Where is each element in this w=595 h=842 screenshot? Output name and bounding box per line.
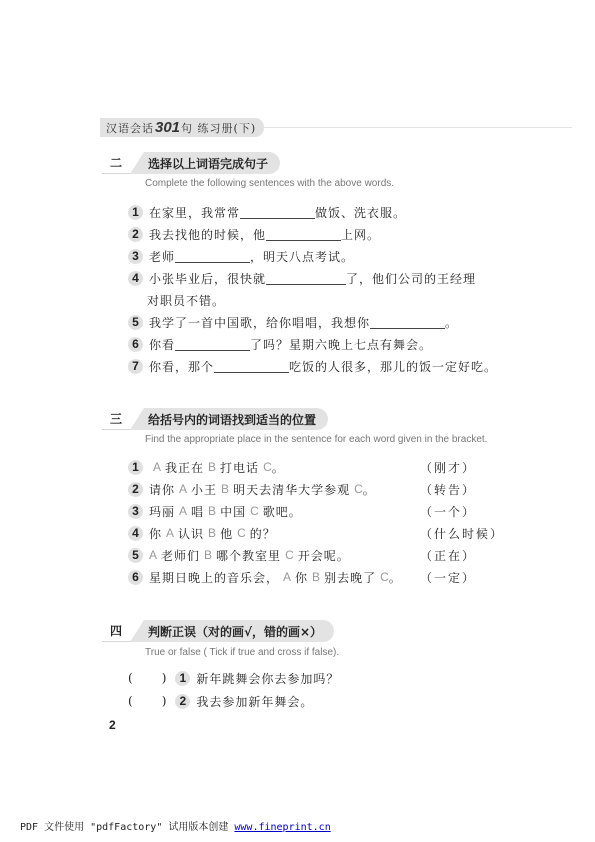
section-title: 选择以上词语完成句子	[130, 152, 280, 174]
watermark-text: PDF 文件使用 "pdfFactory" 试用版本创建	[20, 822, 234, 833]
item-text: 我学了一首中国歌，给你唱唱，我想你	[149, 314, 370, 331]
item-number-badge: 3	[128, 249, 143, 264]
item-text: 我正在	[165, 459, 204, 476]
section-3-subtitle: Find the appropriate place in the senten…	[145, 434, 487, 445]
answer-paren-open: (	[128, 694, 134, 708]
exercise-item: 6 你看 了吗？星期六晚上七点有舞会。	[128, 335, 432, 353]
item-continuation: 对职员不错。	[147, 291, 225, 309]
true-false-item: ( ) 1 新年跳舞会你去参加吗？	[128, 669, 339, 687]
word-hint: （一定）	[420, 569, 476, 586]
watermark-link[interactable]: www.fineprint.cn	[234, 822, 330, 833]
item-text: 歌吧。	[263, 503, 302, 520]
header-title-prefix: 汉语会话	[106, 120, 154, 136]
item-text: 我去找他的时候，他	[149, 226, 266, 243]
header-rule	[262, 127, 572, 128]
word-hint: （一个）	[420, 503, 476, 520]
position-marker: A	[166, 526, 174, 540]
exercise-item: 3 玛丽 A 唱 B 中国 C 歌吧。 （一个）	[128, 502, 498, 520]
item-text: 。	[445, 314, 458, 331]
position-marker: C	[250, 504, 259, 518]
exercise-item: 4 小张毕业后，很快就 了，他们公司的王经理	[128, 269, 476, 287]
item-text: 星期日晚上的音乐会，	[149, 569, 279, 586]
item-number-badge: 1	[128, 205, 143, 220]
section-numeral: 三	[110, 410, 122, 427]
position-marker: C	[285, 548, 294, 562]
header-title-number: 301	[155, 119, 180, 136]
item-text: 你看	[149, 336, 175, 353]
item-number-badge: 3	[128, 504, 143, 519]
answer-blank[interactable]	[266, 272, 346, 285]
exercise-item: 4 你 A 认识 B 他 C 的？ （什么时候）	[128, 524, 498, 542]
exercise-item: 2 请你 A 小王 B 明天去清华大学参观 C 。 （转告）	[128, 480, 498, 498]
exercise-item: 5 我学了一首中国歌，给你唱唱，我想你 。	[128, 313, 458, 331]
word-hint: （刚才）	[420, 459, 476, 476]
item-text: 吃饭的人很多，那儿的饭一定好吃。	[289, 358, 497, 375]
position-marker: B	[221, 482, 229, 496]
item-text: 哪个教室里	[216, 547, 281, 564]
item-text: 。	[363, 481, 376, 498]
item-number-badge: 4	[128, 271, 143, 286]
true-false-item: ( ) 2 我去参加新年舞会。	[128, 692, 313, 710]
answer-paren-open: (	[128, 671, 134, 685]
page-number: 2	[109, 718, 116, 732]
running-header: 汉语会话 301 句 练习册(下)	[100, 118, 264, 137]
item-text: 。	[272, 459, 285, 476]
answer-paren-close: )	[162, 671, 168, 685]
item-text: 他	[220, 525, 233, 542]
section-numeral: 二	[110, 154, 122, 171]
position-marker: C	[380, 570, 389, 584]
item-text: 。	[389, 569, 402, 586]
item-number-badge: 1	[175, 671, 190, 686]
item-text: 你	[149, 525, 162, 542]
item-number-badge: 5	[128, 548, 143, 563]
item-text: 新年跳舞会你去参加吗？	[196, 670, 339, 687]
answer-blank[interactable]	[175, 338, 250, 351]
position-marker: A	[149, 548, 157, 562]
item-number-badge: 2	[128, 227, 143, 242]
position-marker: C	[263, 460, 272, 474]
answer-blank[interactable]	[266, 228, 341, 241]
position-marker: A	[179, 482, 187, 496]
item-text: ，明天八点考试。	[250, 248, 354, 265]
item-number-badge: 7	[128, 359, 143, 374]
position-marker: C	[354, 482, 363, 496]
item-number-badge: 1	[128, 460, 143, 475]
item-text: 开会呢。	[298, 547, 350, 564]
item-text: 别去晚了	[324, 569, 376, 586]
section-2-header: 二 选择以上词语完成句子	[102, 152, 362, 174]
item-text: 请你	[149, 481, 175, 498]
word-hint: （转告）	[420, 481, 476, 498]
item-text: 了吗？星期六晚上七点有舞会。	[250, 336, 432, 353]
position-marker: B	[204, 548, 212, 562]
header-title-suffix: 句 练习册(下)	[181, 120, 256, 136]
position-marker: A	[153, 460, 161, 474]
exercise-item: 6 星期日晚上的音乐会， A 你 B 别去晚了 C 。 （一定）	[128, 568, 498, 586]
section-numeral: 四	[110, 622, 122, 639]
item-text: 明天去清华大学参观	[233, 481, 350, 498]
item-text: 我去参加新年舞会。	[196, 693, 313, 710]
item-text: 的？	[250, 525, 276, 542]
item-text: 你看，那个	[149, 358, 214, 375]
item-text: 打电话	[220, 459, 259, 476]
position-marker: B	[312, 570, 320, 584]
position-marker: A	[179, 504, 187, 518]
item-number-badge: 4	[128, 526, 143, 541]
item-number-badge: 5	[128, 315, 143, 330]
item-text: 小王	[191, 481, 217, 498]
item-text: 在家里，我常常	[149, 204, 240, 221]
item-text: 老师	[149, 248, 175, 265]
section-3-header: 三 给括号内的词语找到适当的位置	[102, 408, 362, 430]
section-title: 给括号内的词语找到适当的位置	[130, 408, 328, 430]
item-text: 做饭、洗衣服。	[315, 204, 406, 221]
exercise-item: 3 老师 ，明天八点考试。	[128, 247, 354, 265]
exercise-item: 1 A 我正在 B 打电话 C 。 （刚才）	[128, 458, 498, 476]
exercise-item: 2 我去找他的时候，他 上网。	[128, 225, 380, 243]
item-text: 小张毕业后，很快就	[149, 270, 266, 287]
item-number-badge: 2	[128, 482, 143, 497]
position-marker: B	[208, 526, 216, 540]
answer-blank[interactable]	[175, 250, 250, 263]
word-hint: （正在）	[420, 547, 476, 564]
item-text: 老师们	[161, 547, 200, 564]
section-title: 判断正误（对的画√，错的画×）	[130, 620, 334, 642]
position-marker: B	[208, 460, 216, 474]
item-text: 中国	[220, 503, 246, 520]
section-4-subtitle: True or false ( Tick if true and cross i…	[145, 647, 339, 658]
exercise-item: 1 在家里，我常常 做饭、洗衣服。	[128, 203, 406, 221]
item-text: 了，他们公司的王经理	[346, 270, 476, 287]
exercise-item: 7 你看，那个 吃饭的人很多，那儿的饭一定好吃。	[128, 357, 497, 375]
position-marker: B	[208, 504, 216, 518]
answer-paren-close: )	[162, 694, 168, 708]
item-text: 上网。	[341, 226, 380, 243]
section-2-subtitle: Complete the following sentences with th…	[145, 178, 394, 189]
item-number-badge: 6	[128, 337, 143, 352]
item-text: 唱	[191, 503, 204, 520]
position-marker: A	[283, 570, 291, 584]
answer-blank[interactable]	[214, 360, 289, 373]
section-4-header: 四 判断正误（对的画√，错的画×）	[102, 620, 382, 642]
position-marker: C	[237, 526, 246, 540]
item-text: 玛丽	[149, 503, 175, 520]
pdf-watermark: PDF 文件使用 "pdfFactory" 试用版本创建 www.finepri…	[20, 818, 331, 833]
exercise-item: 5 A 老师们 B 哪个教室里 C 开会呢。 （正在）	[128, 546, 498, 564]
answer-blank[interactable]	[370, 316, 445, 329]
item-number-badge: 2	[175, 694, 190, 709]
item-text: 你	[295, 569, 308, 586]
item-number-badge: 6	[128, 570, 143, 585]
answer-blank[interactable]	[240, 206, 315, 219]
item-text: 认识	[178, 525, 204, 542]
word-hint: （什么时候）	[420, 525, 504, 542]
